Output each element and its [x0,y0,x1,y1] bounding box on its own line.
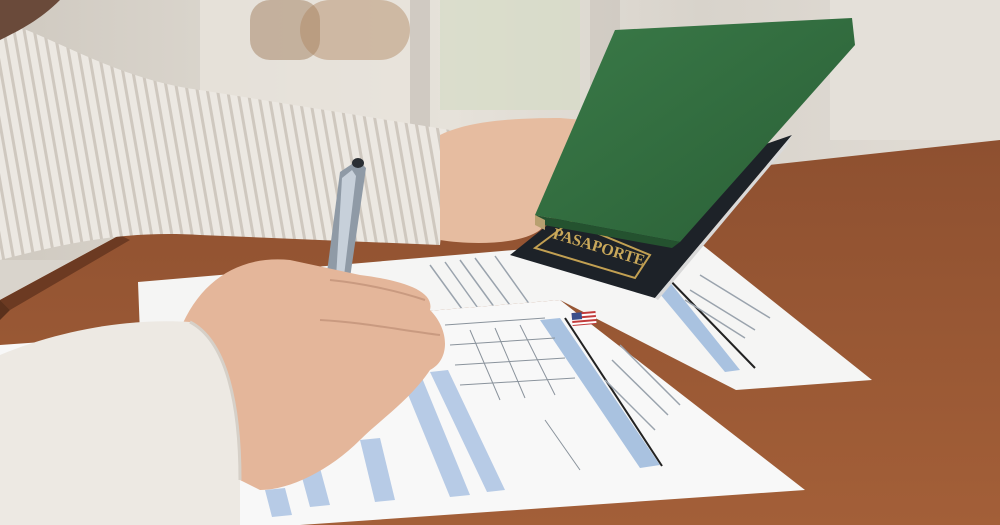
right-sleeve [0,321,240,525]
photo-illustration: PASAPORTE [0,0,1000,525]
photo-scene: PASAPORTE [0,0,1000,525]
us-flag-icon [572,311,597,326]
